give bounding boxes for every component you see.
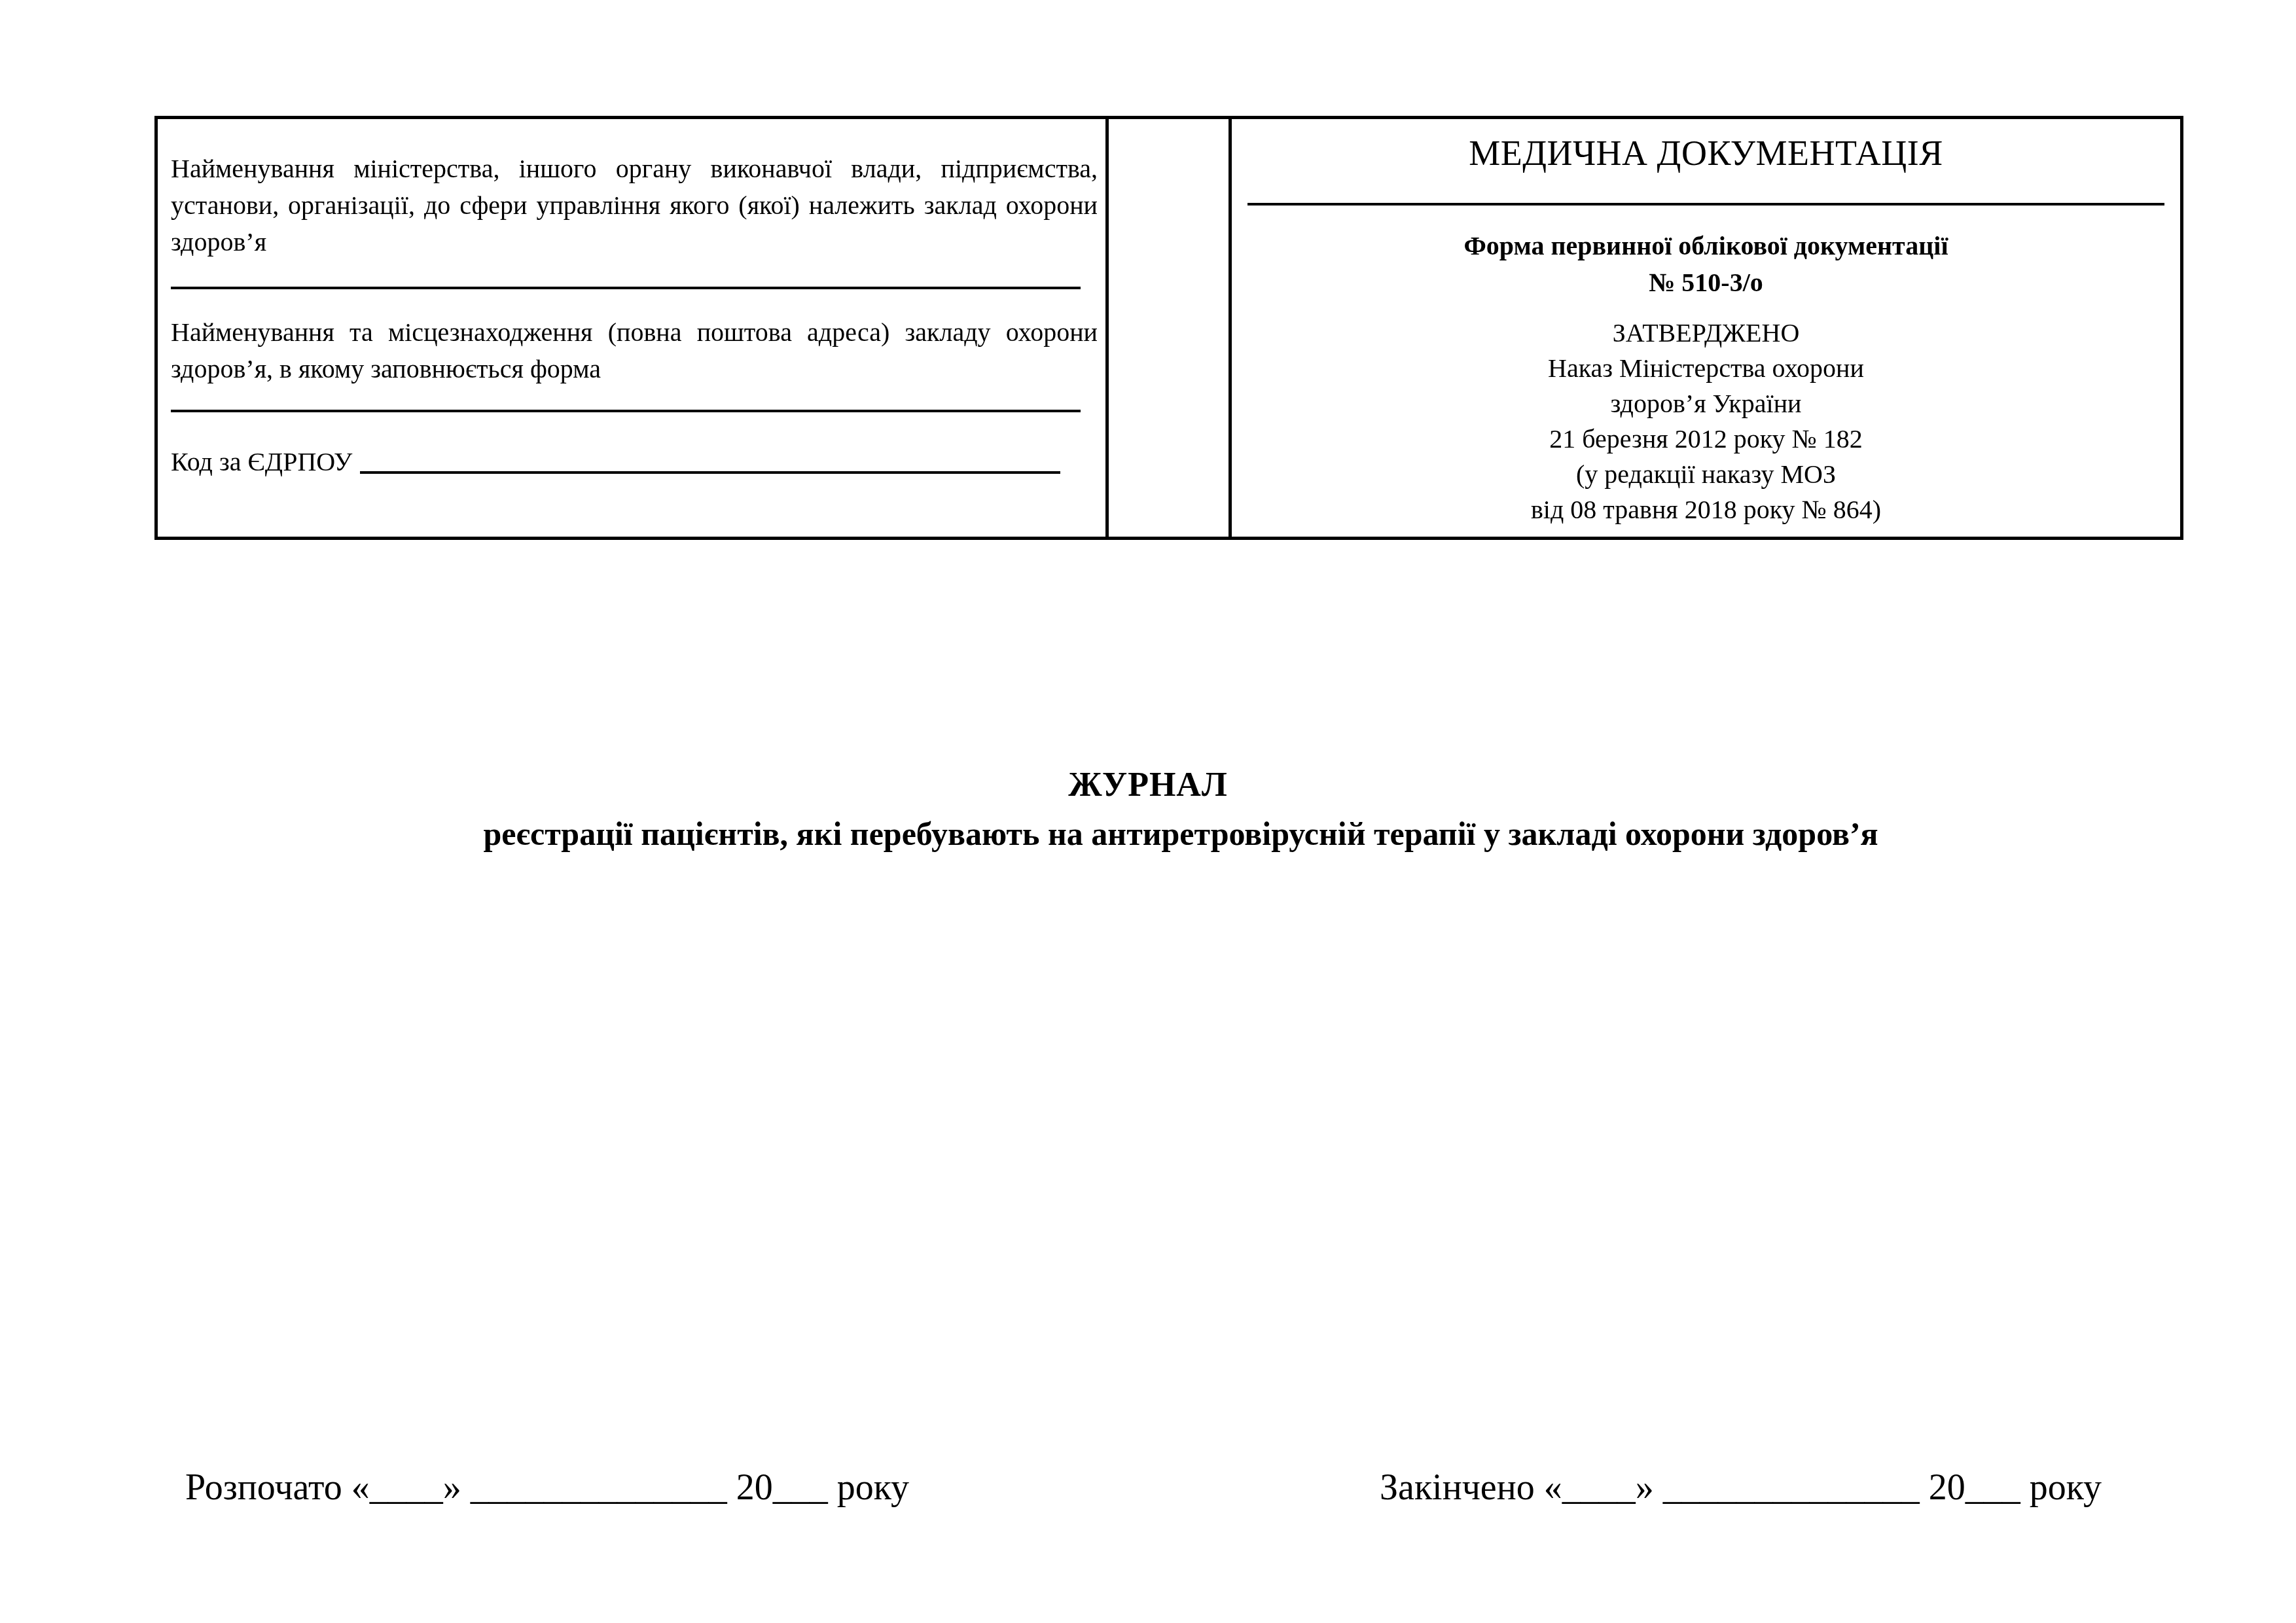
approval-line: здоров’я України	[1232, 386, 2180, 421]
facility-fill-line[interactable]	[171, 410, 1081, 412]
form-info-cell: МЕДИЧНА ДОКУМЕНТАЦІЯ Форма первинної обл…	[1232, 119, 2180, 537]
started-date-field[interactable]: Розпочато «____» ______________ 20___ ро…	[185, 1465, 909, 1510]
edrpou-row: Код за ЄДРПОУ	[171, 444, 1098, 480]
journal-title: ЖУРНАЛ	[0, 764, 2296, 806]
approval-date-line: 21 березня 2012 року № 182	[1232, 421, 2180, 457]
facility-label: Найменування та місцезнаходження (повна …	[171, 314, 1098, 387]
institution-info-cell: Найменування міністерства, іншого органу…	[158, 119, 1109, 537]
edrpou-fill-line[interactable]	[360, 471, 1060, 474]
medical-documentation-title: МЕДИЧНА ДОКУМЕНТАЦІЯ	[1232, 134, 2180, 173]
approval-block: ЗАТВЕРДЖЕНО Наказ Міністерства охорони з…	[1232, 315, 2180, 527]
blank-cell	[1109, 119, 1232, 537]
revision-date-line: від 08 травня 2018 року № 864)	[1232, 492, 2180, 527]
edrpou-label: Код за ЄДРПОУ	[171, 444, 352, 480]
form-name: Форма первинної облікової документації №…	[1232, 228, 2180, 301]
approval-line: Наказ Міністерства охорони	[1232, 351, 2180, 386]
ministry-fill-line[interactable]	[171, 287, 1081, 289]
form-number: № 510-3/о	[1232, 264, 2180, 301]
title-divider	[1247, 203, 2164, 205]
form-name-line: Форма первинної облікової документації	[1232, 228, 2180, 264]
finished-date-field[interactable]: Закінчено «____» ______________ 20___ ро…	[1380, 1465, 2102, 1510]
form-header-table: Найменування міністерства, іншого органу…	[154, 116, 2183, 540]
journal-subtitle: реєстрації пацієнтів, які перебувають на…	[131, 813, 2231, 855]
ministry-label: Найменування міністерства, іншого органу…	[171, 151, 1098, 260]
approval-line: (у редакції наказу МОЗ	[1232, 457, 2180, 492]
approved-heading: ЗАТВЕРДЖЕНО	[1232, 315, 2180, 351]
